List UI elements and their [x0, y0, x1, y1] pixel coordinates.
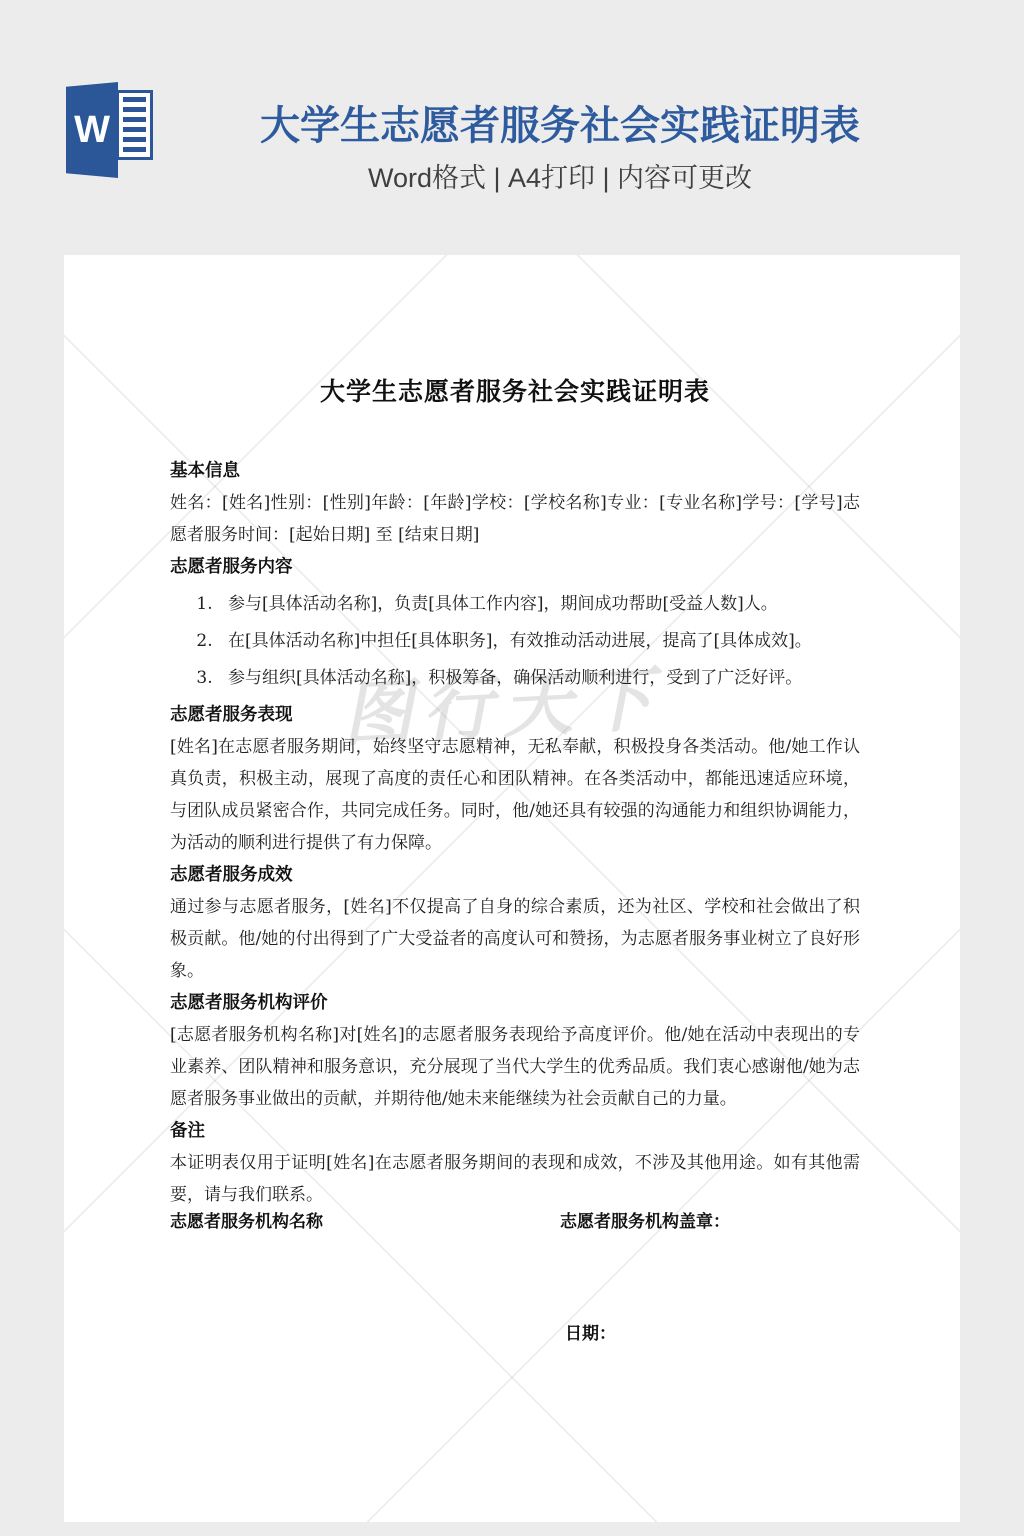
list-item: 在[具体活动名称]中担任[具体职务]，有效推动活动进展，提高了[具体成效]。	[218, 625, 860, 657]
section-heading: 志愿者服务表现	[170, 699, 860, 731]
date-label: 日期：	[565, 1319, 616, 1344]
section-paragraph: 通过参与志愿者服务，[姓名]不仅提高了自身的综合素质，还为社区、学校和社会做出了…	[170, 891, 860, 987]
word-icon-page-lines	[123, 97, 146, 153]
section-basic-info: 基本信息 姓名：[姓名]性别：[性别]年龄：[年龄]学校：[学校名称]专业：[专…	[170, 455, 860, 551]
org-seal-label: 志愿者服务机构盖章：	[560, 1207, 730, 1232]
section-service-content: 志愿者服务内容 参与[具体活动名称]，负责[具体工作内容]，期间成功帮助[受益人…	[170, 551, 860, 694]
section-heading: 志愿者服务机构评价	[170, 987, 860, 1019]
word-icon-cover: W	[66, 82, 118, 178]
word-icon-page	[116, 90, 153, 160]
service-list: 参与[具体活动名称]，负责[具体工作内容]，期间成功帮助[受益人数]人。 在[具…	[170, 588, 860, 694]
section-service-performance: 志愿者服务表现 [姓名]在志愿者服务期间，始终坚守志愿精神，无私奉献，积极投身各…	[170, 699, 860, 859]
section-heading: 基本信息	[170, 455, 860, 487]
template-title: 大学生志愿者服务社会实践证明表	[160, 94, 960, 151]
section-heading: 志愿者服务成效	[170, 859, 860, 891]
section-heading: 备注	[170, 1115, 860, 1147]
list-item: 参与组织[具体活动名称]，积极筹备，确保活动顺利进行，受到了广泛好评。	[218, 662, 860, 694]
word-icon-letter: W	[74, 111, 110, 149]
section-org-evaluation: 志愿者服务机构评价 [志愿者服务机构名称]对[姓名]的志愿者服务表现给予高度评价…	[170, 987, 860, 1115]
document-content: 大学生志愿者服务社会实践证明表 基本信息 姓名：[姓名]性别：[性别]年龄：[年…	[170, 373, 860, 1211]
word-icon: W	[66, 82, 156, 178]
template-subtitle: Word格式 | A4打印 | 内容可更改	[160, 156, 960, 195]
doc-title: 大学生志愿者服务社会实践证明表	[170, 373, 860, 411]
page-header: W 大学生志愿者服务社会实践证明表 Word格式 | A4打印 | 内容可更改	[0, 0, 1024, 255]
document-page: 图行天下 大学生志愿者服务社会实践证明表 基本信息 姓名：[姓名]性别：[性别]…	[64, 255, 960, 1522]
section-service-results: 志愿者服务成效 通过参与志愿者服务，[姓名]不仅提高了自身的综合素质，还为社区、…	[170, 859, 860, 987]
section-paragraph: 本证明表仅用于证明[姓名]在志愿者服务期间的表现和成效，不涉及其他用途。如有其他…	[170, 1147, 860, 1211]
section-paragraph: [姓名]在志愿者服务期间，始终坚守志愿精神，无私奉献，积极投身各类活动。他/她工…	[170, 731, 860, 859]
section-heading: 志愿者服务内容	[170, 551, 860, 583]
section-paragraph: [志愿者服务机构名称]对[姓名]的志愿者服务表现给予高度评价。他/她在活动中表现…	[170, 1019, 860, 1115]
template-preview-screen: { "colors": { "accent_blue": "#2d5b9e", …	[0, 0, 1024, 1536]
org-name-label: 志愿者服务机构名称	[170, 1207, 323, 1232]
section-paragraph: 姓名：[姓名]性别：[性别]年龄：[年龄]学校：[学校名称]专业：[专业名称]学…	[170, 487, 860, 551]
list-item: 参与[具体活动名称]，负责[具体工作内容]，期间成功帮助[受益人数]人。	[218, 588, 860, 620]
section-remarks: 备注 本证明表仅用于证明[姓名]在志愿者服务期间的表现和成效，不涉及其他用途。如…	[170, 1115, 860, 1211]
